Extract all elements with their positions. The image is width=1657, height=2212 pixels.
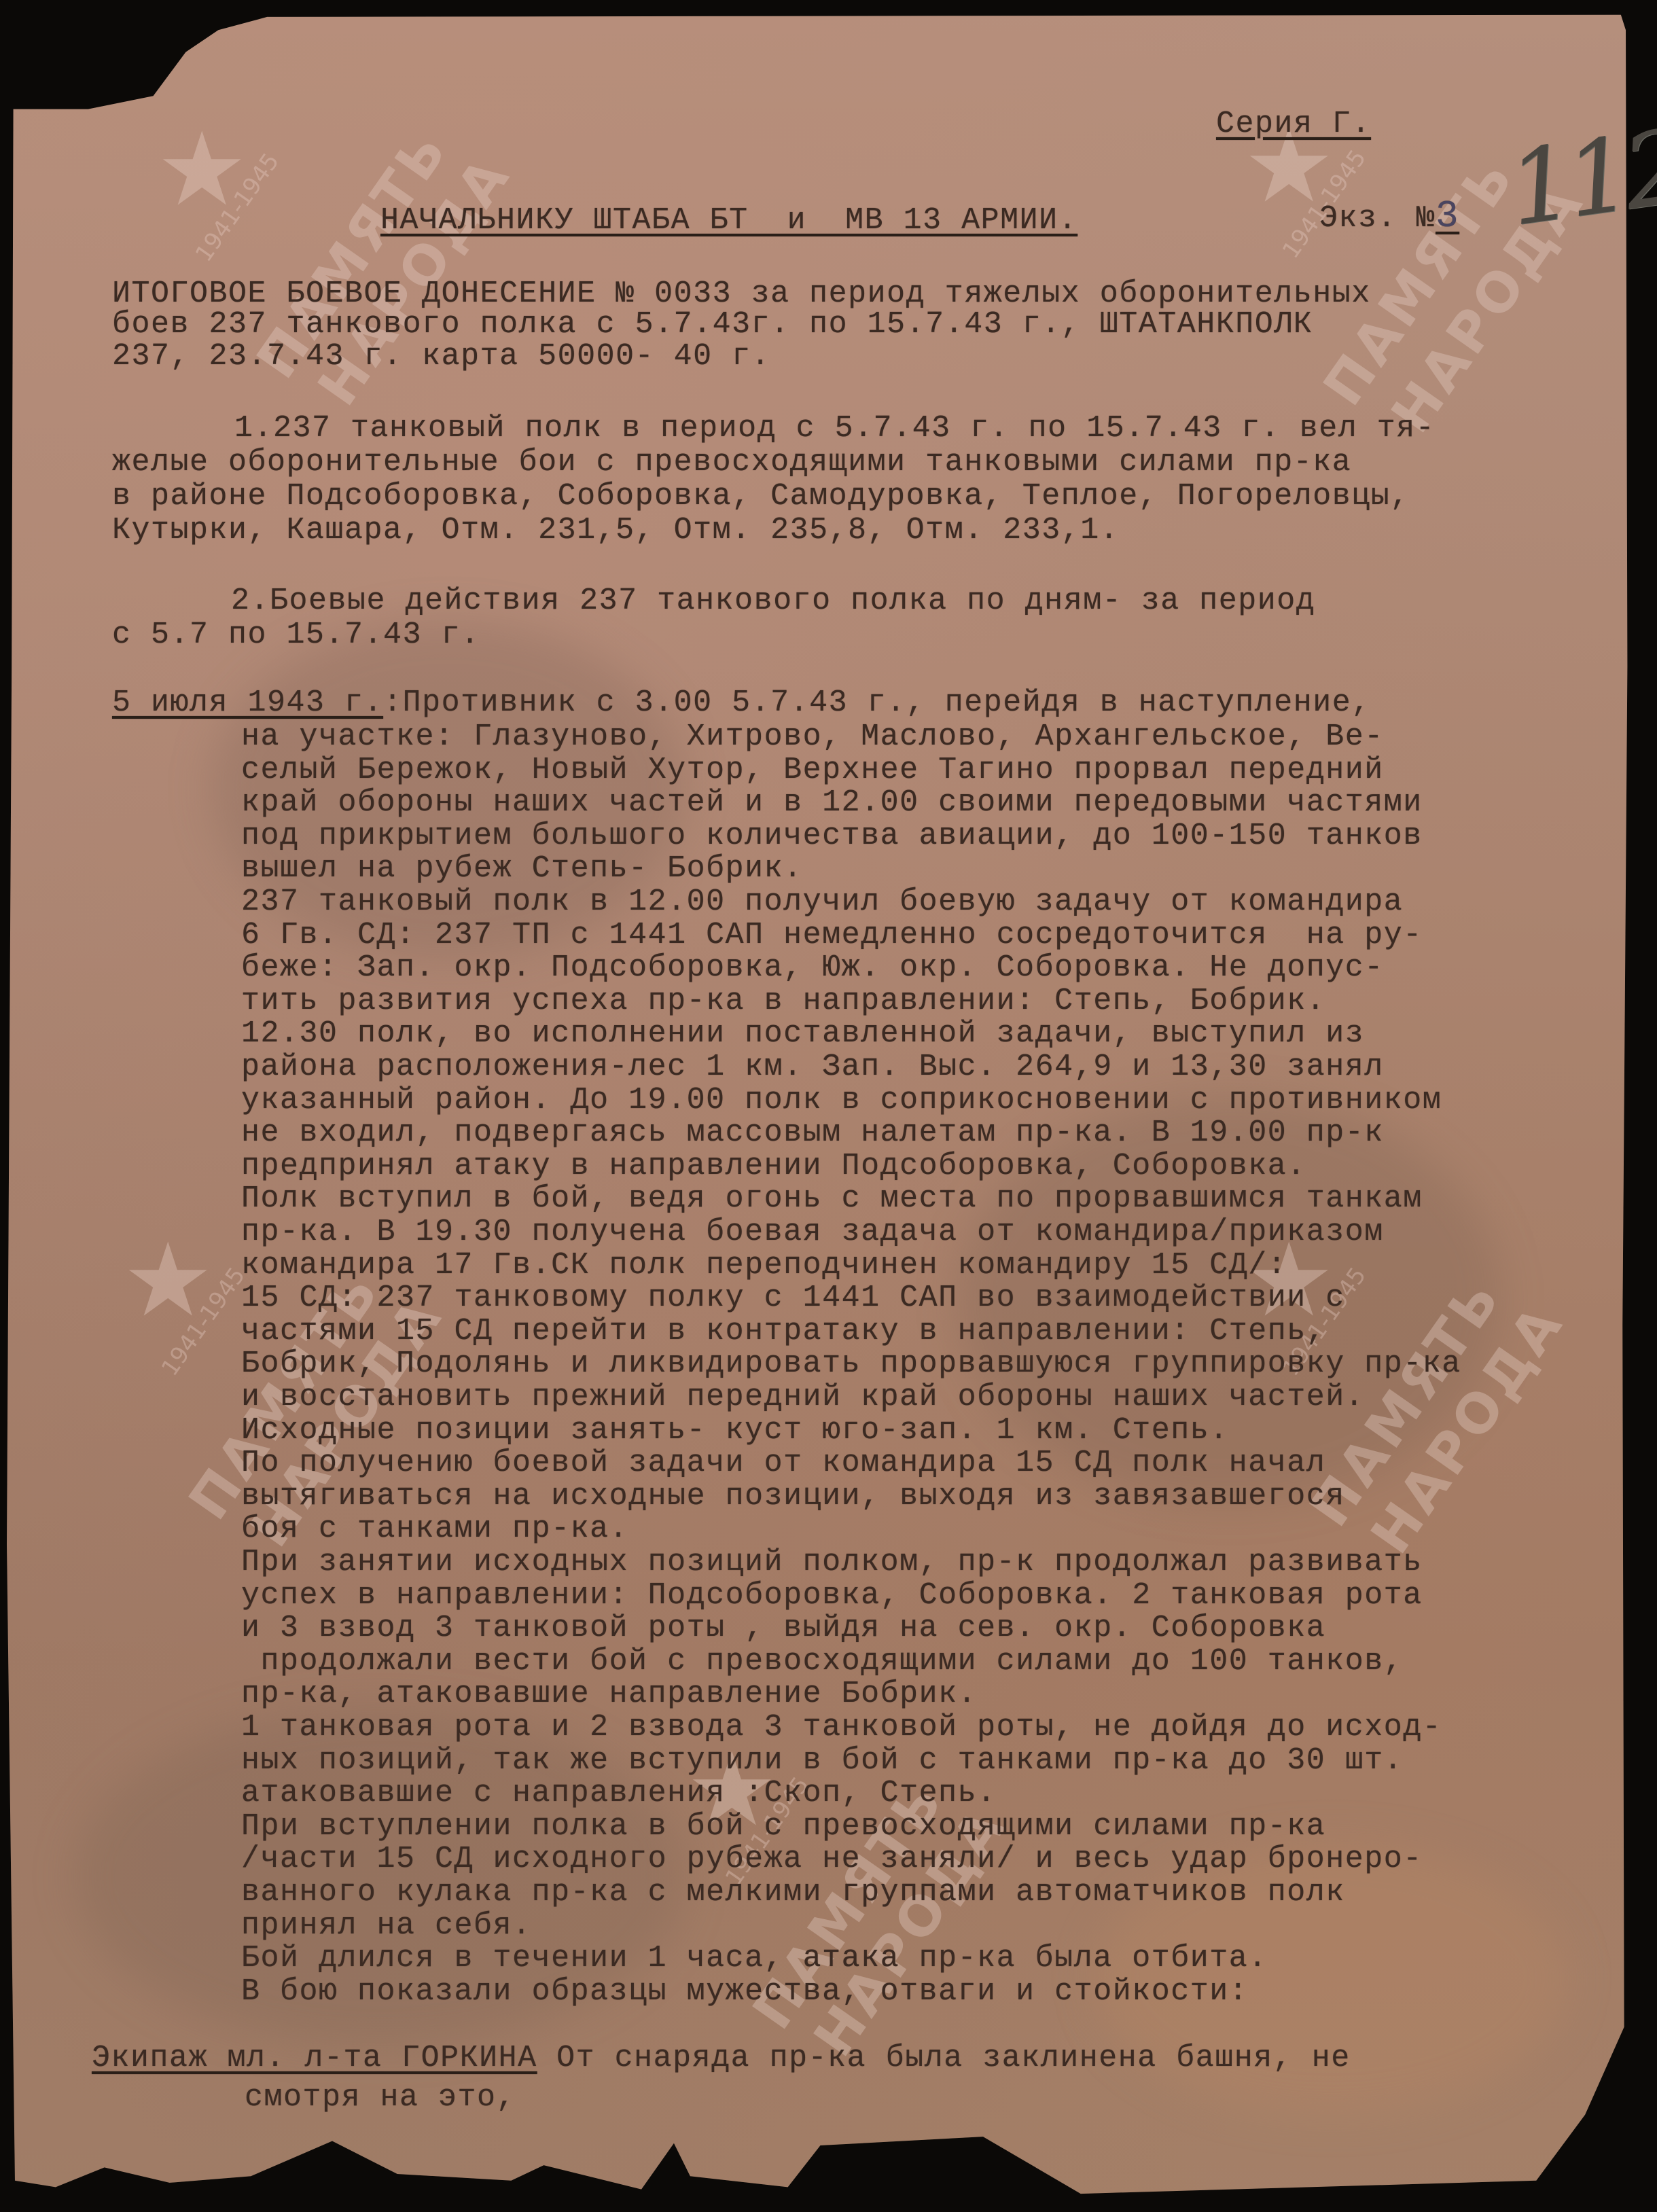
paragraph-line: Бой длился в течении 1 часа, атака пр-ка… [241, 1943, 1268, 1974]
paragraph-line: с 5.7 по 15.7.43 г. [112, 620, 480, 650]
paragraph-line: атаковавшие с направления :Скоп, Степь. [241, 1778, 997, 1808]
paragraph-line: под прикрытием большого количества авиац… [241, 821, 1423, 851]
title-line: ИТОГОВОЕ БОЕВОЕ ДОНЕСЕНИЕ № 0033 за пери… [112, 279, 1371, 309]
paragraph-line: командира 17 Гв.СК полк переподчинен ком… [241, 1250, 1287, 1281]
paragraph-line: тить развития успеха пр-ка в направлении… [241, 986, 1325, 1016]
paragraph-line: смотря на это, [245, 2082, 516, 2113]
paragraph-line: Полк вступил в бой, ведя огонь с места п… [241, 1183, 1423, 1214]
paragraph-line: беже: Зап. окр. Подсоборовка, Юж. окр. С… [241, 952, 1384, 983]
paragraph-line: 2.Боевые действия 237 танкового полка по… [231, 586, 1315, 616]
paragraph-line: По получению боевой задачи от командира … [241, 1448, 1325, 1478]
paragraph-line: 6 Гв. СД: 237 ТП с 1441 САП немедленно с… [241, 920, 1423, 950]
paragraph-line: селый Бережок, Новый Хутор, Верхнее Таги… [241, 755, 1384, 785]
paragraph-line: района расположения-лес 1 км. Зап. Выс. … [241, 1052, 1384, 1082]
paragraph-line: боя с танками пр-ка. [241, 1514, 628, 1544]
paragraph-line: принял на себя. [241, 1910, 532, 1941]
paragraph-line: При занятии исходных позиций полком, пр-… [241, 1547, 1423, 1577]
paragraph-line: /части 15 СД исходного рубежа не заняли/… [241, 1844, 1423, 1874]
paragraph-line: вышел на рубеж Степь- Бобрик. [241, 853, 803, 884]
paragraph-line: пр-ка. В 19.30 получена боевая задача от… [241, 1217, 1384, 1247]
paragraph-line: не входил, подвергаясь массовым налетам … [241, 1118, 1384, 1148]
paragraph-line: пр-ка, атаковавшие направление Бобрик. [241, 1679, 977, 1709]
paragraph-line: желые оборонительные бои с превосходящим… [112, 447, 1351, 478]
copy-number-value: 3 [1436, 194, 1459, 238]
paragraph-line: ных позиций, так же вступили в бой с тан… [241, 1745, 1403, 1776]
paragraph-line: 15 СД: 237 танковому полку с 1441 САП во… [241, 1283, 1345, 1313]
date-heading: 5 июля 1943 г. [112, 685, 383, 720]
paragraph-line: Кутырки, Кашара, Отм. 231,5, Отм. 235,8,… [112, 515, 1119, 546]
paragraph-line: 1.237 танковый полк в период с 5.7.43 г.… [234, 413, 1435, 444]
paragraph-line: в районе Подсоборовка, Соборовка, Самоду… [112, 481, 1410, 512]
paragraph-line: Экипаж мл. л-та ГОРКИНА От снаряда пр-ка… [92, 2043, 1351, 2073]
copy-label: Экз. № [1319, 201, 1436, 236]
title-line: 237, 23.7.43 г. карта 50000- 40 г. [112, 341, 770, 372]
paragraph-line: Бобрик, Подолянь и ликвидировать прорвав… [241, 1349, 1461, 1379]
paragraph-line: продолжали вести бой с превосходящими си… [241, 1646, 1403, 1677]
paragraph-line: В бою показали образцы мужества, отваги … [241, 1976, 1248, 2007]
paragraph-line: указанный район. До 19.00 полк в соприко… [241, 1085, 1442, 1116]
paragraph-line: и восстановить прежний передний край обо… [241, 1382, 1364, 1412]
paragraph-line: 5 июля 1943 г.:Противник с 3.00 5.7.43 г… [112, 688, 1371, 718]
paragraph-line: и 3 взвод 3 танковой роты , выйдя на сев… [241, 1613, 1325, 1643]
copy-number: Экз. №3 [1281, 166, 1459, 235]
paragraph-line: При вступлении полка в бой с превосходящ… [241, 1811, 1325, 1842]
paragraph-line: ванного кулака пр-ка с мелкими группами … [241, 1877, 1345, 1908]
paragraph-line: предпринял атаку в направлении Подсоборо… [241, 1151, 1306, 1181]
series-label: Серия Г. [1216, 109, 1371, 139]
paragraph-line: 12.30 полк, во исполнении поставленной з… [241, 1018, 1364, 1049]
paragraph-line: частями 15 СД перейти в контратаку в нап… [241, 1316, 1325, 1346]
paragraph-line: вытягиваться на исходные позиции, выходя… [241, 1481, 1345, 1512]
crew-name: Экипаж мл. л-та ГОРКИНА [92, 2041, 537, 2075]
paragraph-line: 1 танковая рота и 2 взвода 3 танковой ро… [241, 1712, 1442, 1743]
paragraph-line: на участке: Глазуново, Хитрово, Маслово,… [241, 721, 1384, 752]
paragraph-line: успех в направлении: Подсоборовка, Собор… [241, 1580, 1423, 1611]
title-line: боев 237 танкового полка с 5.7.43г. по 1… [112, 309, 1313, 340]
paragraph-line: Исходные позиции занять- куст юго-зап. 1… [241, 1415, 1229, 1446]
addressee: НАЧАЛЬНИКУ ШТАБА БТ и МВ 13 АРМИИ. [380, 205, 1077, 236]
paragraph-line: 237 танковый полк в 12.00 получил боевую… [241, 887, 1403, 917]
paragraph-line: край обороны наших частей и в 12.00 свои… [241, 787, 1423, 818]
